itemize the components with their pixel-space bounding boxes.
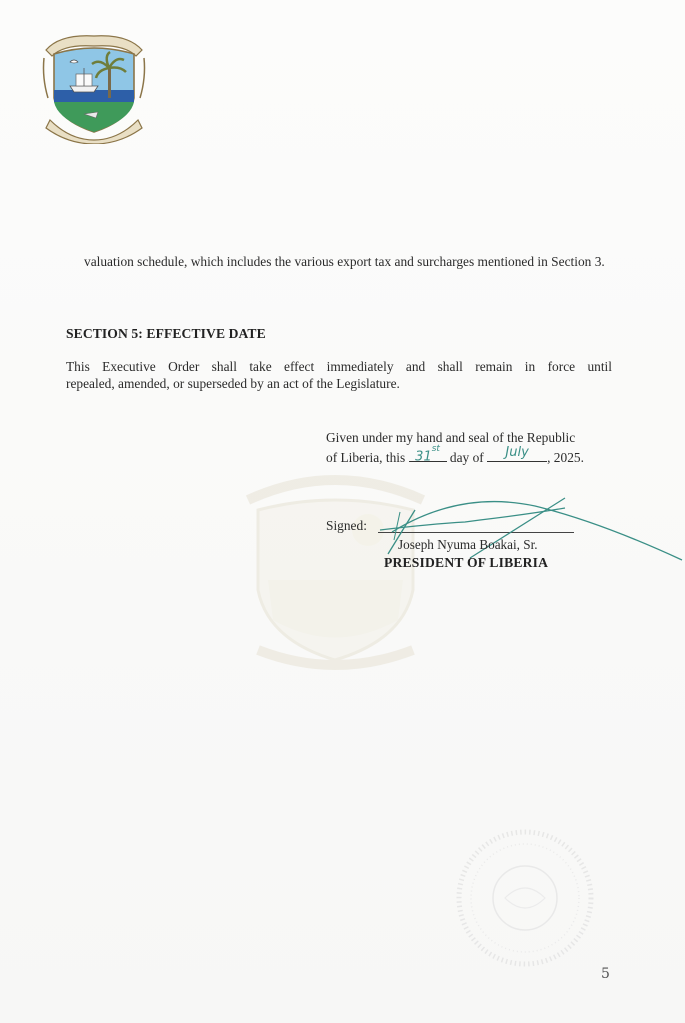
signed-label: Signed:	[326, 518, 367, 534]
embossed-seal-icon	[455, 828, 595, 968]
handwritten-day: 31st	[409, 444, 447, 466]
section-body-line-1: This Executive Order shall take effect i…	[66, 358, 612, 375]
attestation-middle: day of	[450, 450, 487, 465]
attestation-suffix: , 2025.	[547, 450, 584, 465]
signer-name: Joseph Nyuma Boakai, Sr.	[398, 537, 538, 553]
signature-line	[378, 532, 574, 533]
month-blank: July	[487, 447, 547, 462]
document-page: valuation schedule, which includes the v…	[0, 0, 685, 1023]
day-blank: 31st	[409, 447, 447, 462]
section-body-line-2: repealed, amended, or superseded by an a…	[66, 376, 400, 391]
page-number: 5	[601, 966, 610, 982]
attestation-block: Given under my hand and seal of the Repu…	[326, 429, 584, 467]
section-body: This Executive Order shall take effect i…	[66, 358, 612, 392]
coat-of-arms-icon	[40, 28, 148, 144]
section-heading: SECTION 5: EFFECTIVE DATE	[66, 326, 266, 342]
attestation-line-2: of Liberia, this 31st day of July, 2025.	[326, 447, 584, 467]
attestation-prefix: of Liberia, this	[326, 450, 409, 465]
signer-title: PRESIDENT OF LIBERIA	[384, 555, 548, 571]
handwritten-month: July	[487, 444, 547, 462]
continuation-paragraph: valuation schedule, which includes the v…	[84, 253, 612, 270]
